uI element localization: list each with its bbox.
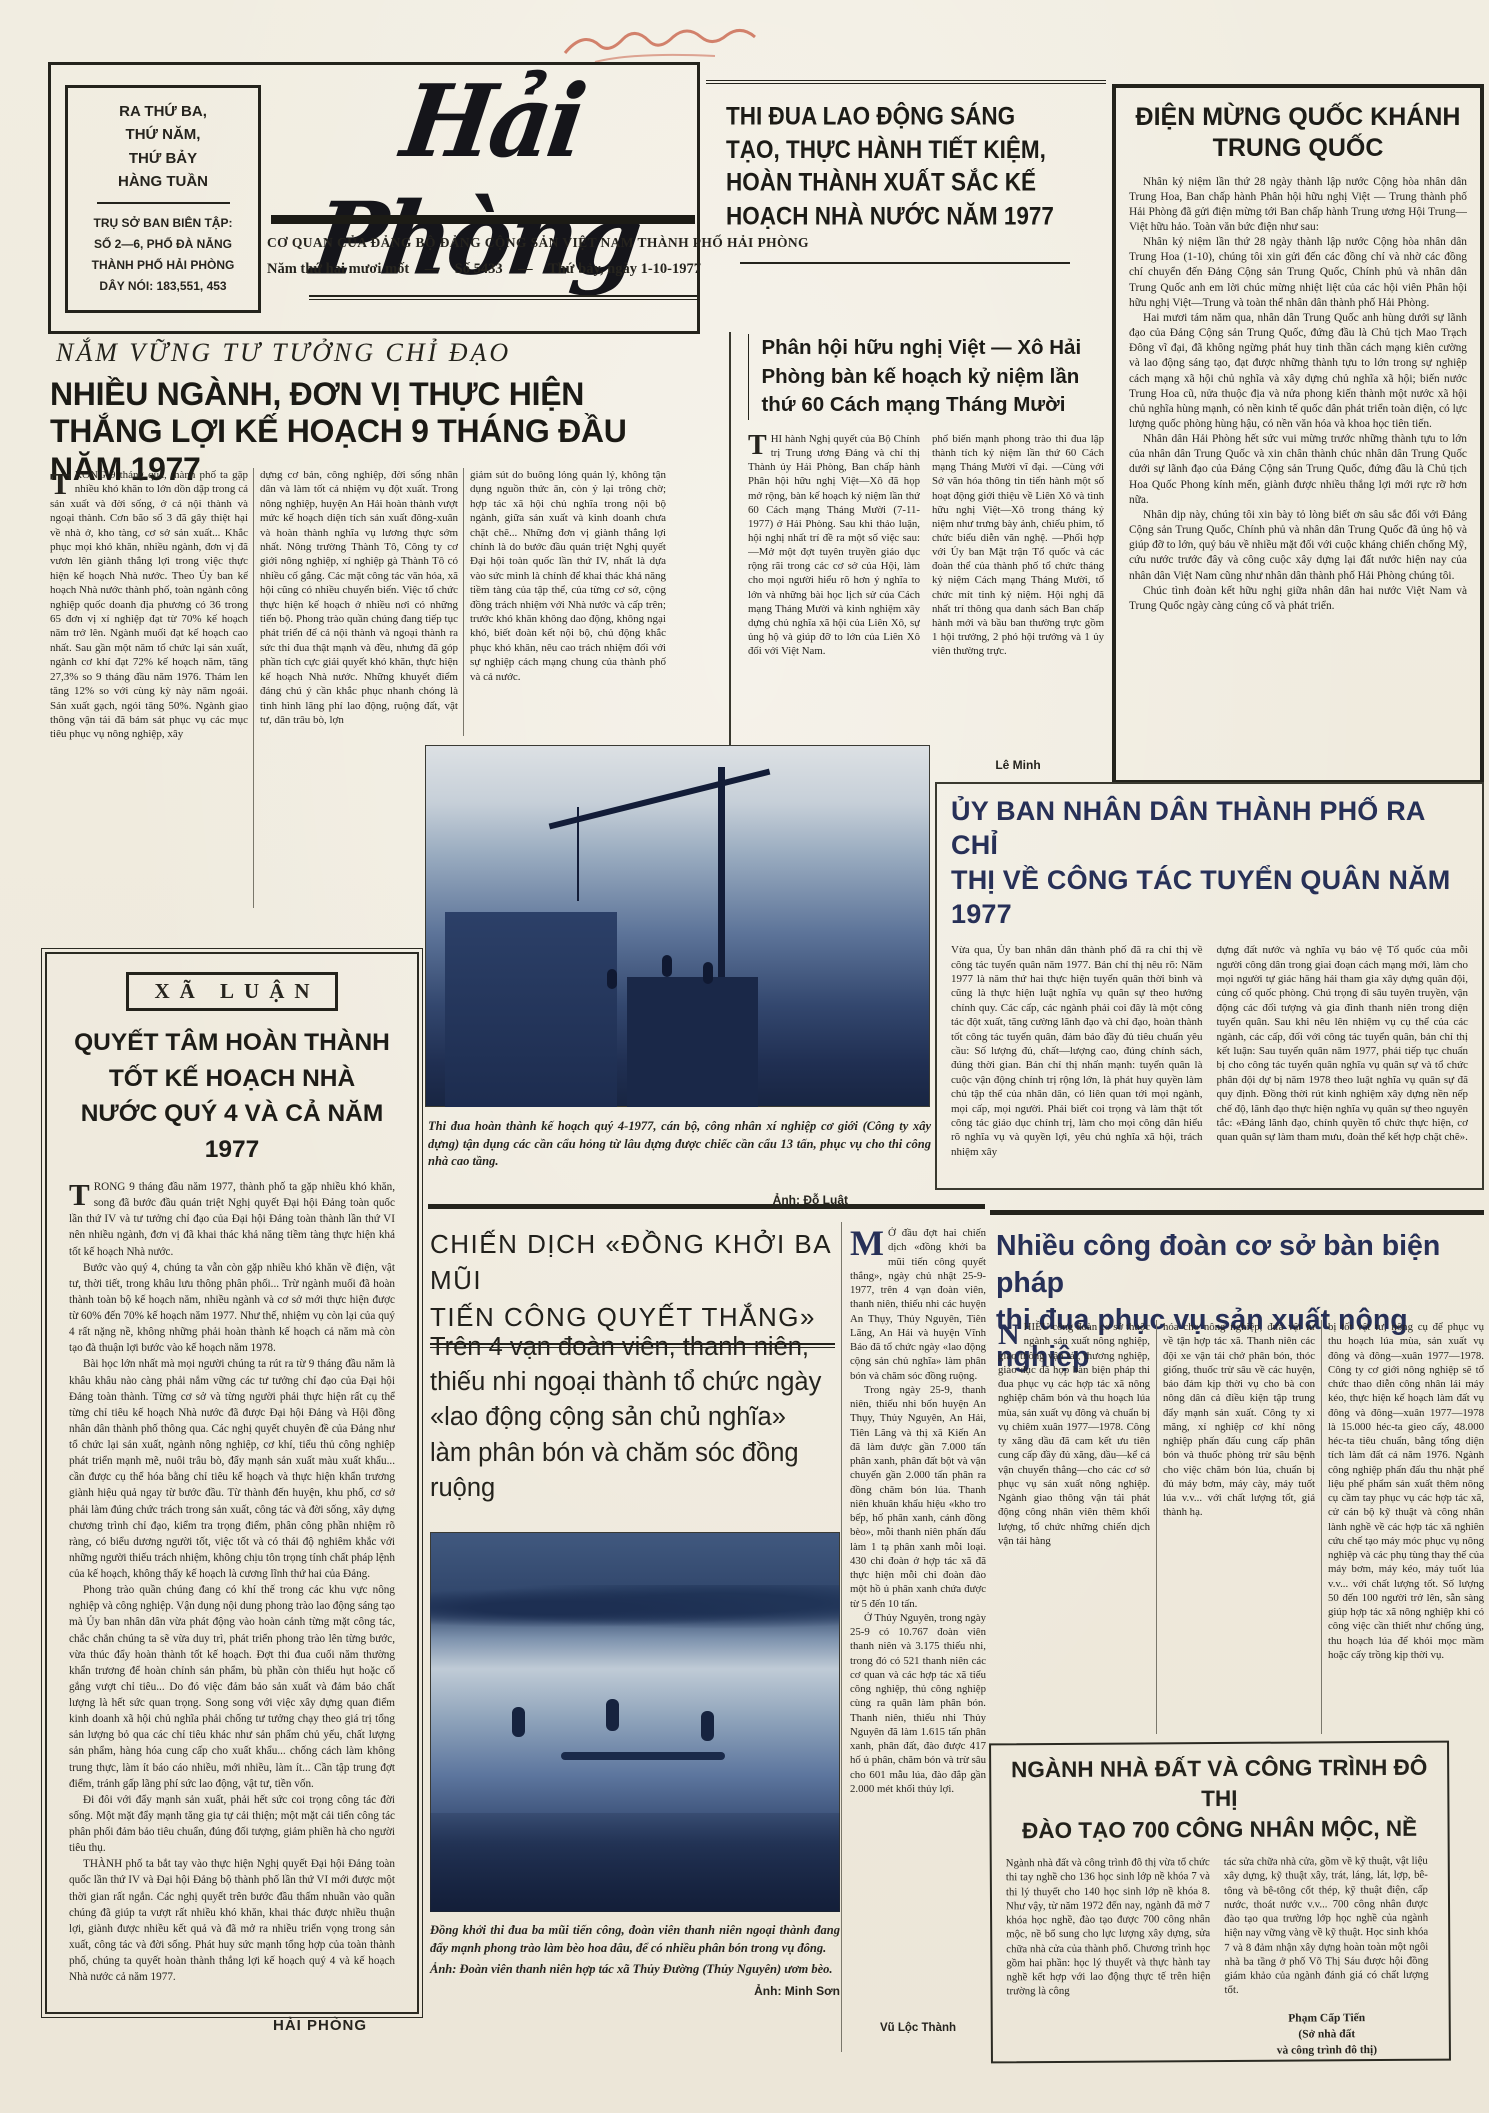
photo-field-workers <box>430 1532 840 1912</box>
issue-rule <box>309 295 697 300</box>
main-article-col-1: TRONG 9 tháng qua, thành phố ta gặp nhiề… <box>50 468 248 908</box>
photo1-caption: Thi đua hoàn thành kế hoạch quý 4-1977, … <box>428 1118 931 1171</box>
logo-underline-bar <box>271 215 695 224</box>
article-body: Vừa qua, Ủy ban nhân dân thành phố đã ra… <box>951 943 1468 1235</box>
publication-schedule: RA THỨ BA,THỨ NĂM,THỨ BẢYHÀNG TUẦN <box>68 100 258 193</box>
dropcap: N <box>998 1320 1024 1348</box>
editorial-paragraphs: Bước vào quý 4, chúng ta vẫn còn gặp nhi… <box>69 1260 395 1986</box>
phan-hoi-header: Phân hội hữu nghị Việt — Xô Hải Phòng bà… <box>748 334 1106 420</box>
handwriting-mark <box>555 18 785 68</box>
newspaper-page: RA THỨ BA,THỨ NĂM,THỨ BẢYHÀNG TUẦN TRỤ S… <box>0 0 1489 2113</box>
column-rule <box>463 468 464 736</box>
phan-hoi-signature: Lê Minh <box>932 758 1104 772</box>
editorial-body: TRONG 9 tháng đầu năm 1977, thành phố ta… <box>69 1179 395 2009</box>
article-title: NGÀNH NHÀ ĐẤT VÀ CÔNG TRÌNH ĐÔ THỊ ĐÀO T… <box>1005 1753 1434 1847</box>
editorial-headline: QUYẾT TÂM HOÀN THÀNH TỐT KẾ HOẠCH NHÀ NƯ… <box>69 1025 395 1167</box>
cong-doan-col-1: NHIỀU công đoàn cơ sở thuộc ngành sản xu… <box>998 1320 1150 1734</box>
building-silhouette <box>758 890 920 1107</box>
signature-org-1: (Sở nhà đất <box>1225 2026 1429 2043</box>
chien-dich-subhead: Trên 4 vạn đoàn viên, thanh niên, thiếu … <box>430 1330 832 1506</box>
title-bar <box>748 334 749 420</box>
column-text: giảm sút do buông lỏng quản lý, không tậ… <box>470 469 666 683</box>
article-body: Ngành nhà đất và công trình đô thị vừa t… <box>1006 1854 1435 2061</box>
foreground-water <box>430 1813 840 1912</box>
article-uy-ban: ỦY BAN NHÂN DÂN THÀNH PHỐ RA CHỈ THỊ VỀ … <box>935 782 1484 1190</box>
dash: — <box>518 261 533 278</box>
signature-org-2: và công trình đô thị) <box>1225 2042 1429 2059</box>
slogan-text: THI ĐUA LAO ĐỘNG SÁNG TẠO, THỰC HÀNH TIẾ… <box>726 100 1071 233</box>
title-line-2: TRUNG QUỐC <box>1129 133 1467 164</box>
farmer-figure <box>701 1711 714 1741</box>
issue-line: Năm thứ hai mươi mốt — Số 5433 — Thứ bảy… <box>267 261 701 278</box>
slogan-box: THI ĐUA LAO ĐỘNG SÁNG TẠO, THỰC HÀNH TIẾ… <box>706 80 1106 242</box>
dropcap: T <box>50 468 75 496</box>
crane-cable <box>577 807 579 901</box>
column-text: tác sửa chữa nhà cửa, gồm về kỹ thuật, v… <box>1224 1855 1429 1996</box>
nganh-signature: Phạm Cấp Tiến (Sở nhà đất và công trình … <box>1225 2010 1429 2060</box>
boat-silhouette <box>561 1752 725 1760</box>
title-line-1: NGÀNH NHÀ ĐẤT VÀ CÔNG TRÌNH ĐÔ THỊ <box>1005 1753 1433 1816</box>
issue-date: Thứ bảy, ngày 1-10-1977 <box>548 261 701 278</box>
paragraph-text: RONG 9 tháng đầu năm 1977, thành phố ta … <box>69 1181 395 1258</box>
uy-ban-col-2: dựng đất nước và nghĩa vụ bảo vệ Tổ quốc… <box>1217 943 1469 1235</box>
worker-figure <box>607 969 617 989</box>
article-title: ĐIỆN MỪNG QUỐC KHÁNH TRUNG QUỐC <box>1129 102 1467 165</box>
article-nganh-nha-dat: NGÀNH NHÀ ĐẤT VÀ CÔNG TRÌNH ĐÔ THỊ ĐÀO T… <box>989 1741 1451 2064</box>
organization-line: CƠ QUAN CỦA ĐẢNG BỘ ĐẢNG CỘNG SẢN VIỆT N… <box>267 235 701 251</box>
phan-hoi-col-2: phổ biến mạnh phong trào thi đua lập thà… <box>932 432 1104 754</box>
crane-jib <box>549 768 771 829</box>
column-text: Ngành nhà đất và công trình đô thị vừa t… <box>1006 1856 1211 1997</box>
photo2-caption-1: Đồng khởi thi đua ba mũi tiến công, đoàn… <box>430 1922 840 1957</box>
column-text: dựng cơ bản, công nghiệp, đời sống nhân … <box>260 469 458 726</box>
dropcap: T <box>748 432 771 458</box>
editorial-box: XÃ LUẬN QUYẾT TÂM HOÀN THÀNH TỐT KẾ HOẠC… <box>45 952 419 2014</box>
dropcap: M <box>850 1226 888 1259</box>
section-rule <box>729 332 731 782</box>
section-divider <box>428 1204 985 1209</box>
article-title: ỦY BAN NHÂN DÂN THÀNH PHỐ RA CHỈ THỊ VỀ … <box>951 794 1468 931</box>
column-text: bị tốt vật tư, nông cụ để phục vụ thu ho… <box>1328 1321 1484 1661</box>
worker-figure <box>662 955 672 977</box>
column-rule <box>1321 1320 1322 1734</box>
slogan-rule <box>740 262 1070 264</box>
column-text: dựng đất nước và nghĩa vụ bảo vệ Tổ quốc… <box>1217 944 1469 1143</box>
column-text: HI hành Nghị quyết của Bộ Chính trị Trun… <box>748 433 920 657</box>
column-text: phổ biến mạnh phong trào thi đua lập thà… <box>932 433 1104 657</box>
article-title: Phân hội hữu nghị Việt — Xô Hải Phòng bà… <box>761 334 1106 420</box>
cong-doan-col-3: bị tốt vật tư, nông cụ để phục vụ thu ho… <box>1328 1320 1484 1734</box>
column-rule <box>253 468 254 908</box>
article-dien-mung: ĐIỆN MỪNG QUỐC KHÁNH TRUNG QUỐC Nhân kỷ … <box>1112 84 1484 784</box>
series-title: CHIẾN DỊCH «ĐỒNG KHỞI BA MŨI TIẾN CÔNG Q… <box>430 1226 850 1335</box>
title-line-1: ỦY BAN NHÂN DÂN THÀNH PHỐ RA CHỈ <box>951 794 1468 863</box>
chien-dich-signature: Vũ Lộc Thành <box>850 2022 986 2034</box>
phan-hoi-col-1: THI hành Nghị quyết của Bộ Chính trị Tru… <box>748 432 920 780</box>
masthead-schedule-box: RA THỨ BA,THỨ NĂM,THỨ BẢYHÀNG TUẦN TRỤ S… <box>65 85 261 313</box>
photo2-caption-block: Đồng khởi thi đua ba mũi tiến công, đoàn… <box>430 1922 840 1998</box>
main-article-col-3: giảm sút do buông lỏng quản lý, không tậ… <box>470 468 666 736</box>
building-silhouette <box>445 912 617 1107</box>
chien-dich-body: MỞ đầu đợt hai chiến dịch «đồng khởi ba … <box>850 1226 986 2016</box>
dash: — <box>425 261 440 278</box>
tree-line <box>430 1585 840 1631</box>
title-line-1: ĐIỆN MỪNG QUỐC KHÁNH <box>1129 102 1467 133</box>
title-line-1: Nhiều công đoàn cơ sở bàn biện pháp <box>996 1228 1486 1302</box>
newspaper-logo: Hải Phòng <box>269 67 699 215</box>
title-line-2: THỊ VỀ CÔNG TÁC TUYỂN QUÂN NĂM 1977 <box>951 863 1468 932</box>
photo-crane-construction <box>425 745 930 1107</box>
article-phan-hoi: Phân hội hữu nghị Việt — Xô Hải Phòng bà… <box>748 334 1106 420</box>
nganh-col-2-wrap: tác sửa chữa nhà cửa, gồm về kỹ thuật, v… <box>1224 1854 1429 2060</box>
column-text: RONG 9 tháng qua, thành phố ta gặp nhiều… <box>50 469 248 740</box>
editorial-signature: HẢI PHÒNG <box>69 2017 367 2034</box>
article-body: Nhân kỷ niệm lần thứ 28 ngày thành lập n… <box>1129 175 1467 775</box>
farmer-figure <box>606 1699 619 1731</box>
column-text: HIỀU công đoàn cơ sở thuộc ngành sản xuấ… <box>998 1321 1150 1547</box>
photo2-caption-2: Ảnh: Đoàn viên thanh niên hợp tác xã Thủ… <box>430 1961 840 1979</box>
column-text: hóa cho nông nghiệp, đưa vật tư về tận h… <box>1163 1321 1315 1518</box>
farmer-figure <box>512 1707 525 1737</box>
column-rule <box>841 1222 842 2052</box>
masthead: RA THỨ BA,THỨ NĂM,THỨ BẢYHÀNG TUẦN TRỤ S… <box>48 62 700 334</box>
column-text: Vừa qua, Ủy ban nhân dân thành phố đã ra… <box>951 944 1203 1158</box>
nganh-col-1: Ngành nhà đất và công trình đô thị vừa t… <box>1006 1855 1211 2056</box>
nganh-col-2: tác sửa chữa nhà cửa, gồm về kỹ thuật, v… <box>1224 1854 1429 2005</box>
editorial-label: XÃ LUẬN <box>126 972 338 1011</box>
title-line-2: ĐÀO TẠO 700 CÔNG NHÂN MỘC, NỀ <box>1005 1813 1433 1846</box>
cong-doan-col-2: hóa cho nông nghiệp, đưa vật tư về tận h… <box>1163 1320 1315 1734</box>
chien-dich-paragraphs: Trong ngày 25-9, thanh niên, thiếu nhi b… <box>850 1383 986 1796</box>
title-line-1: CHIẾN DỊCH «ĐỒNG KHỞI BA MŨI <box>430 1226 850 1299</box>
worker-figure <box>703 962 713 984</box>
photo2-credit: Ảnh: Minh Sơn <box>430 1984 840 1998</box>
signature-name: Phạm Cấp Tiến <box>1225 2010 1429 2027</box>
crane-mast <box>718 767 725 991</box>
uy-ban-col-1: Vừa qua, Ủy ban nhân dân thành phố đã ra… <box>951 943 1203 1235</box>
editorial-address: TRỤ SỞ BAN BIÊN TẬP:SỐ 2—6, PHỐ ĐÀ NẴNGT… <box>68 213 258 297</box>
column-rule <box>1156 1320 1157 1734</box>
dropcap: T <box>69 1179 94 1207</box>
machinery-silhouette <box>627 977 758 1107</box>
divider <box>97 202 230 204</box>
section-divider <box>990 1210 1484 1215</box>
main-article-kicker: NẮM VỮNG TƯ TƯỞNG CHỈ ĐẠO <box>56 338 511 368</box>
year-of-publication: Năm thứ hai mươi mốt <box>267 261 409 278</box>
issue-number: Số 5433 <box>455 261 503 278</box>
